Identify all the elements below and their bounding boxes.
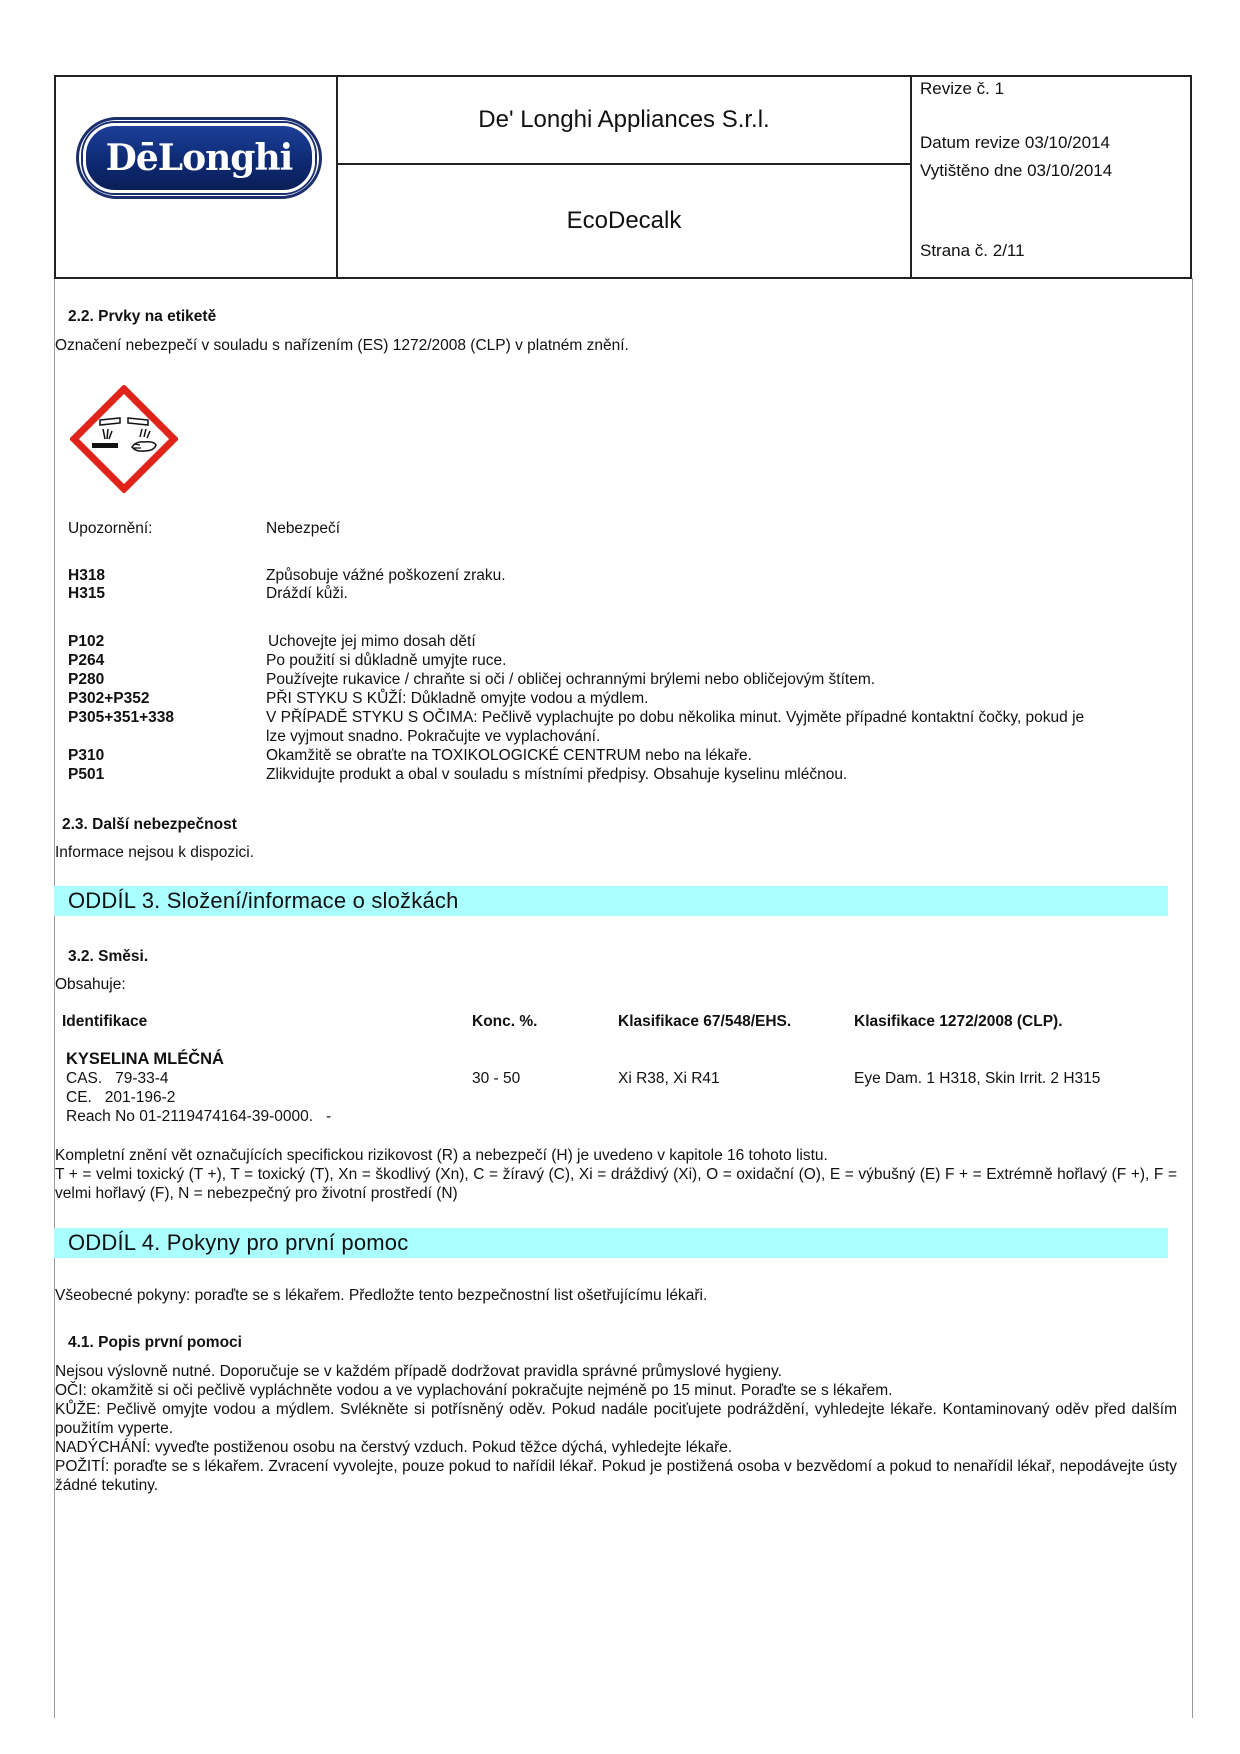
section-2-2-intro: Označení nebezpečí v souladu s nařízením…	[55, 336, 629, 355]
precaution-code: P310	[68, 747, 104, 765]
section-2-2-title: 2.2. Prvky na etiketě	[68, 307, 216, 326]
first-aid-inhalation: NADÝCHÁNÍ: vyveďte postiženou osobu na č…	[55, 1438, 1177, 1457]
ghs05-corrosion-icon	[70, 385, 178, 493]
precaution-code: P305+351+338	[68, 709, 174, 727]
section-2-3-text: Informace nejsou k dispozici.	[55, 843, 254, 862]
symbol-legend: T + = velmi toxický (T +), T = toxický (…	[55, 1165, 1177, 1203]
precaution-text-continued: lze vyjmout snadno. Pokračujte ve vyplac…	[266, 728, 600, 746]
product-name: EcoDecalk	[338, 165, 910, 277]
general-advice: Všeobecné pokyny: poraďte se s lékařem. …	[55, 1286, 707, 1305]
section-2-3-title: 2.3. Další nebezpečnost	[62, 815, 237, 834]
substance-concentration: 30 - 50	[472, 1069, 520, 1088]
first-aid-skin: KŮŽE: Pečlivě omyjte vodou a mýdlem. Svl…	[55, 1400, 1177, 1438]
precaution-text: V PŘÍPADĚ STYKU S OČIMA: Pečlivě vyplach…	[266, 709, 1084, 727]
substance-cas: CAS. 79-33-4	[66, 1069, 169, 1088]
logo-text: DēLonghi	[83, 123, 315, 193]
delonghi-logo: DēLonghi	[76, 117, 322, 199]
hazard-code: H318	[68, 567, 105, 585]
precaution-text: Po použití si důkladně umyjte ruce.	[266, 652, 506, 670]
substance-reach: Reach No 01-2119474164-39-0000. -	[66, 1107, 331, 1126]
page-number: Strana č. 2/11	[920, 241, 1025, 261]
print-date: Vytištěno dne 03/10/2014	[920, 161, 1112, 181]
hazard-text: Způsobuje vážné poškození zraku.	[266, 567, 506, 585]
page-border-right	[1192, 278, 1193, 1718]
precaution-text: Zlikvidujte produkt a obal v souladu s m…	[266, 766, 847, 784]
hazard-text: Dráždí kůži.	[266, 585, 348, 603]
page-border-left	[54, 278, 55, 1718]
precaution-text: Okamžitě se obraťte na TOXIKOLOGICKÉ CEN…	[266, 747, 752, 765]
precaution-code: P264	[68, 652, 104, 670]
precaution-code: P302+P352	[68, 690, 149, 708]
contains-label: Obsahuje:	[55, 975, 126, 994]
company-name: De' Longhi Appliances S.r.l.	[338, 77, 910, 165]
r-h-phrases-note: Kompletní znění vět označujících specifi…	[55, 1146, 1177, 1165]
first-aid-eyes: OČI: okamžitě si oči pečlivě vypláchněte…	[55, 1381, 1177, 1400]
document-header: DēLonghi De' Longhi Appliances S.r.l. Ec…	[54, 75, 1192, 279]
column-header-concentration: Konc. %.	[472, 1012, 537, 1031]
section-4-header: ODDÍL 4. Pokyny pro první pomoc	[54, 1228, 1168, 1258]
column-header-class-eu: Klasifikace 67/548/EHS.	[618, 1012, 791, 1031]
column-header-identification: Identifikace	[62, 1012, 147, 1031]
substance-ce: CE. 201-196-2	[66, 1088, 175, 1107]
precaution-code: P501	[68, 766, 104, 784]
substance-class-eu: Xi R38, Xi R41	[618, 1069, 720, 1088]
substance-class-clp: Eye Dam. 1 H318, Skin Irrit. 2 H315	[854, 1069, 1100, 1088]
section-3-2-title: 3.2. Směsi.	[68, 947, 148, 966]
precaution-text: Používejte rukavice / chraňte si oči / o…	[266, 671, 875, 689]
hazard-code: H315	[68, 585, 105, 603]
revision-date: Datum revize 03/10/2014	[920, 133, 1110, 153]
signal-word-value: Nebezpečí	[266, 519, 340, 538]
precaution-code: P102	[68, 633, 104, 651]
precaution-text: PŘI STYKU S KŮŽÍ: Důkladně omyjte vodou …	[266, 690, 648, 708]
section-4-1-title: 4.1. Popis první pomoci	[68, 1333, 242, 1352]
first-aid-general: Nejsou výslovně nutné. Doporučuje se v k…	[55, 1362, 1177, 1381]
revision-cell: Revize č. 1 Datum revize 03/10/2014 Vyti…	[912, 77, 1190, 277]
logo-cell: DēLonghi	[56, 77, 338, 277]
section-3-header: ODDÍL 3. Složení/informace o složkách	[54, 886, 1168, 916]
revision-number: Revize č. 1	[920, 79, 1004, 99]
title-cell: De' Longhi Appliances S.r.l. EcoDecalk	[338, 77, 912, 277]
precaution-code: P280	[68, 671, 104, 689]
substance-name: KYSELINA MLÉČNÁ	[66, 1050, 224, 1069]
section-4-title: ODDÍL 4. Pokyny pro první pomoc	[68, 1230, 408, 1256]
column-header-class-clp: Klasifikace 1272/2008 (CLP).	[854, 1012, 1063, 1031]
first-aid-ingestion: POŽITÍ: poraďte se s lékařem. Zvracení v…	[55, 1457, 1177, 1495]
precaution-text: Uchovejte jej mimo dosah dětí	[268, 633, 476, 651]
section-3-title: ODDÍL 3. Složení/informace o složkách	[68, 888, 459, 914]
signal-word-label: Upozornění:	[68, 519, 152, 538]
